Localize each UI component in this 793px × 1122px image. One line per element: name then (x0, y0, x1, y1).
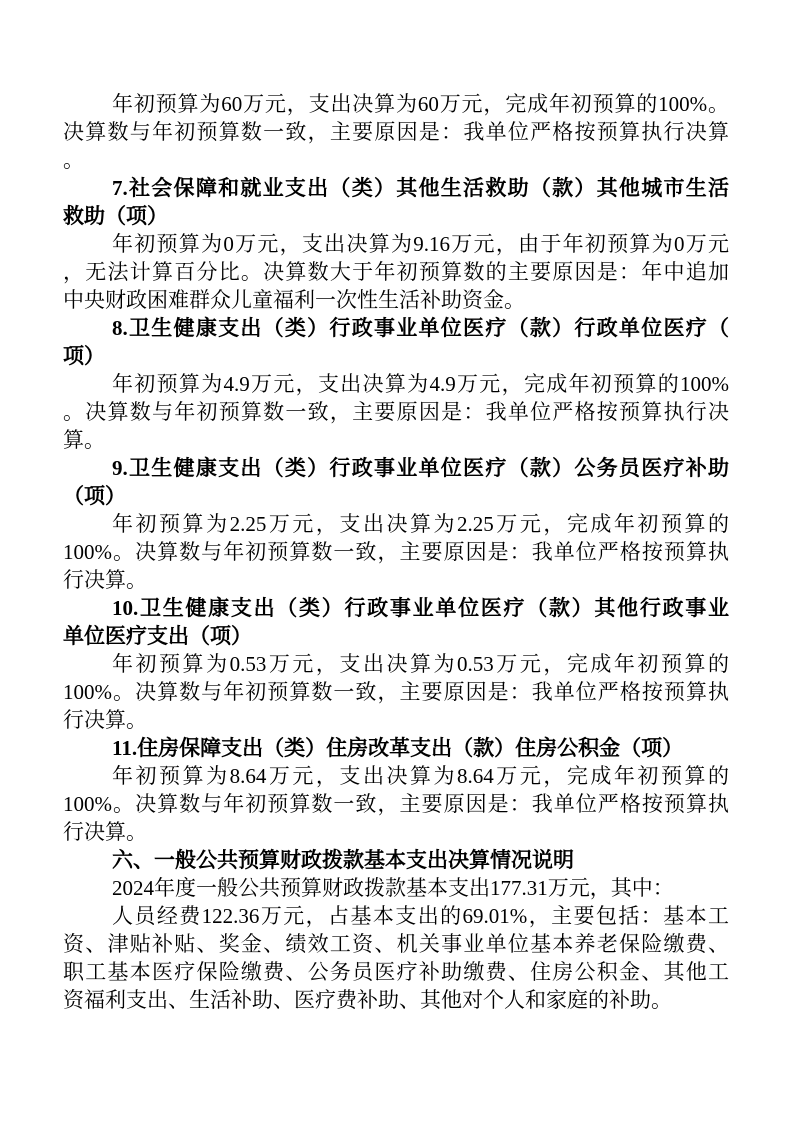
heading-line: 8.卫生健康支出（类）行政事业单位医疗（款）行政单位医疗（ (63, 314, 729, 342)
heading-line: 7.社会保障和就业支出（类）其他生活救助（款）其他城市生活 (63, 174, 729, 202)
paragraph-line: 年初预算为60万元，支出决算为60万元，完成年初预算的100%。 (63, 90, 729, 118)
paragraph-line: 决算数与年初预算数一致，主要原因是：我单位严格按预算执行决算 (63, 118, 729, 146)
paragraph-line: 资、津贴补贴、奖金、绩效工资、机关事业单位基本养老保险缴费、 (63, 930, 729, 958)
heading-line: 9.卫生健康支出（类）行政事业单位医疗（款）公务员医疗补助 (63, 454, 729, 482)
heading-line: 六、一般公共预算财政拨款基本支出决算情况说明 (63, 846, 729, 874)
paragraph-line: 职工基本医疗保险缴费、公务员医疗补助缴费、住房公积金、其他工 (63, 958, 729, 986)
paragraph-line: 2024年度一般公共预算财政拨款基本支出177.31万元，其中： (63, 874, 729, 902)
paragraph-line: 。决算数与年初预算数一致，主要原因是：我单位严格按预算执行决 (63, 398, 729, 426)
document-page: 年初预算为60万元，支出决算为60万元，完成年初预算的100%。决算数与年初预算… (0, 0, 793, 1122)
paragraph-line: 100%。决算数与年初预算数一致，主要原因是：我单位严格按预算执 (63, 790, 729, 818)
paragraph-line: 行决算。 (63, 818, 729, 846)
paragraph-line: 资福利支出、生活补助、医疗费补助、其他对个人和家庭的补助。 (63, 986, 729, 1014)
paragraph-line: 年初预算为0.53万元，支出决算为0.53万元，完成年初预算的 (63, 650, 729, 678)
heading-line: 11.住房保障支出（类）住房改革支出（款）住房公积金（项） (63, 734, 729, 762)
paragraph-line: 。 (63, 146, 729, 174)
paragraph-line: 中央财政困难群众儿童福利一次性生活补助资金。 (63, 286, 729, 314)
document-body: 年初预算为60万元，支出决算为60万元，完成年初预算的100%。决算数与年初预算… (63, 90, 729, 1014)
paragraph-line: 年初预算为8.64万元，支出决算为8.64万元，完成年初预算的 (63, 762, 729, 790)
heading-line: 单位医疗支出（项） (63, 622, 729, 650)
paragraph-line: 年初预算为4.9万元，支出决算为4.9万元，完成年初预算的100% (63, 370, 729, 398)
paragraph-line: 年初预算为2.25万元，支出决算为2.25万元，完成年初预算的 (63, 510, 729, 538)
paragraph-line: 算。 (63, 426, 729, 454)
paragraph-line: 100%。决算数与年初预算数一致，主要原因是：我单位严格按预算执 (63, 678, 729, 706)
paragraph-line: 行决算。 (63, 566, 729, 594)
paragraph-line: 人员经费122.36万元，占基本支出的69.01%，主要包括：基本工 (63, 902, 729, 930)
heading-line: 10.卫生健康支出（类）行政事业单位医疗（款）其他行政事业 (63, 594, 729, 622)
paragraph-line: 年初预算为0万元，支出决算为9.16万元，由于年初预算为0万元 (63, 230, 729, 258)
heading-line: 项） (63, 342, 729, 370)
heading-line: 救助（项） (63, 202, 729, 230)
paragraph-line: ，无法计算百分比。决算数大于年初预算数的主要原因是：年中追加 (63, 258, 729, 286)
paragraph-line: 100%。决算数与年初预算数一致，主要原因是：我单位严格按预算执 (63, 538, 729, 566)
paragraph-line: 行决算。 (63, 706, 729, 734)
heading-line: （项） (63, 482, 729, 510)
